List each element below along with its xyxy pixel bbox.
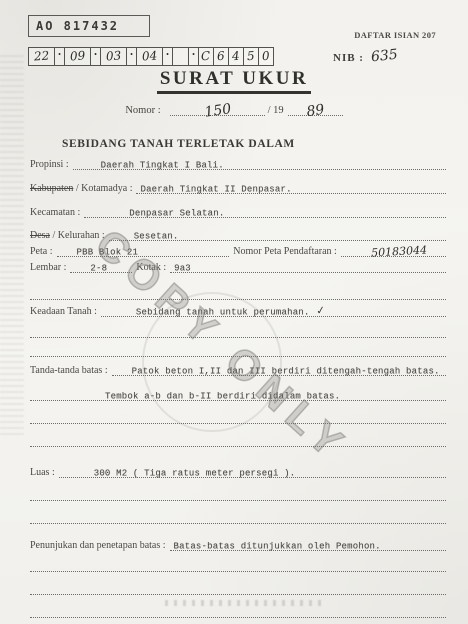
field-row-lembar: Lembar : 2-8 Kotak : 9a3 (30, 258, 446, 273)
serial-number: AO 817432 (36, 19, 119, 33)
field-row-desa: Desa / Kelurahan : Sesetan. (30, 226, 446, 241)
peta-value: PBB Blok 21 (77, 248, 139, 258)
serial-number-box: AO 817432 (28, 15, 150, 37)
code-cell: 04 (136, 47, 163, 66)
desa-value: Sesetan. (134, 232, 179, 242)
tanda-batas-value-2: Tembok a-b dan b-II berdiri didalam bata… (105, 392, 340, 402)
field-row-tanda-batas-2: Tembok a-b dan b-II berdiri didalam bata… (30, 386, 446, 401)
code-cell: C (198, 47, 214, 66)
kotamadya-label: / Kotamadya : (76, 183, 133, 194)
code-cell: 09 (64, 47, 91, 66)
tanda-batas-label: Tanda-tanda batas : (30, 365, 112, 376)
code-separator-dot: • (166, 50, 169, 59)
field-row-kecamatan: Kecamatan : Denpasar Selatan. (30, 203, 446, 218)
code-value: 09 (69, 48, 85, 63)
kotak-value: 9a3 (174, 264, 191, 274)
code-cell: 0 (258, 47, 274, 66)
pen-checkmark: ✓ (315, 303, 326, 317)
kabupaten-value: Daerah Tingkat II Denpasar. (140, 185, 291, 195)
blank-dotted-line (30, 603, 446, 618)
field-row-kabupaten: Kabupaten / Kotamadya : Daerah Tingkat I… (30, 179, 446, 194)
code-value: 6 (217, 48, 226, 62)
section-heading: SEBIDANG TANAH TERLETAK DALAM (62, 138, 446, 150)
blank-dotted-line (30, 342, 446, 357)
desa-dotted-line: Sesetan. (109, 230, 446, 241)
kelurahan-label: / Kelurahan : (53, 230, 105, 241)
code-separator-dot: • (192, 50, 195, 59)
field-row-propinsi: Propinsi : Daerah Tingkat I Bali. (30, 155, 446, 170)
title-wrap: SURAT UKUR (0, 68, 468, 94)
year-prefix-label: / 19 (268, 105, 284, 116)
kotak-label: Kotak : (132, 262, 170, 273)
keadaan-tanah-label: Keadaan Tanah : (30, 306, 101, 317)
code-cell: 5 (243, 47, 259, 66)
code-value: 5 (247, 48, 256, 62)
keadaan-value: Sebidang tanah untuk perumahan. (136, 308, 310, 318)
code-cell-empty (172, 47, 189, 66)
nib-label: NIB : (333, 52, 364, 64)
code-value: 22 (33, 48, 49, 63)
desa-label-struck: Desa (30, 230, 50, 241)
code-separator-dot: • (94, 50, 97, 59)
blank-dotted-line (30, 486, 446, 501)
year-value-handwritten: 89 (306, 102, 326, 120)
nomor-dotted-blank: 150 (170, 99, 265, 116)
nomor-peta-pendaftaran-label: Nomor Peta Pendaftaran : (229, 246, 341, 257)
propinsi-dotted-line: Daerah Tingkat I Bali. (73, 159, 446, 170)
code-separator-dot: • (130, 50, 133, 59)
blank-dotted-line (30, 285, 446, 300)
nib-value-handwritten: 635 (370, 47, 398, 66)
luas-label: Luas : (30, 467, 59, 478)
code-cell: 4 (228, 47, 244, 66)
field-row-penunjukan: Penunjukan dan penetapan batas : Batas-b… (30, 536, 446, 551)
code-cell: 03 (100, 47, 127, 66)
luas-value: 300 M2 ( Tiga ratus meter persegi ). (94, 469, 296, 479)
tanda-batas-value-1: Patok beton I,II dan III berdiri ditenga… (132, 367, 440, 377)
code-cell: 6 (213, 47, 229, 66)
kabupaten-label-struck: Kabupaten (30, 183, 73, 194)
code-value: 4 (232, 48, 241, 62)
luas-dotted-line: 300 M2 ( Tiga ratus meter persegi ). (59, 467, 446, 478)
code-separator-dot: • (58, 50, 61, 59)
nomor-label: Nomor : (125, 105, 164, 116)
field-row-peta: Peta : PBB Blok 21 Nomor Peta Pendaftara… (30, 242, 446, 257)
kabupaten-label: Kabupaten / Kotamadya : (30, 183, 136, 194)
blank-dotted-line (30, 580, 446, 595)
code-value: 04 (141, 48, 157, 63)
lembar-dotted-line: 2-8 (70, 262, 132, 273)
keadaan-dotted-line: Sebidang tanah untuk perumahan. ✓ (101, 303, 446, 317)
blank-dotted-line (30, 409, 446, 424)
year-dotted-blank: 89 (288, 99, 343, 116)
field-row-tanda-batas: Tanda-tanda batas : Patok beton I,II dan… (30, 361, 446, 376)
kecamatan-dotted-line: Denpasar Selatan. (84, 207, 446, 218)
code-cell: 22 (28, 47, 55, 66)
kecamatan-value: Denpasar Selatan. (129, 209, 224, 219)
blank-dotted-line (30, 509, 446, 524)
penunjukan-label: Penunjukan dan penetapan batas : (30, 540, 170, 551)
code-value: 0 (262, 48, 271, 62)
nib-field: NIB : 635 (333, 48, 398, 64)
penunjukan-value: Batas-batas ditunjukkan oleh Pemohon. (174, 542, 381, 552)
tanda-batas-dotted-line-2: Tembok a-b dan b-II berdiri didalam bata… (30, 390, 446, 401)
kabupaten-dotted-line: Daerah Tingkat II Denpasar. (136, 183, 446, 194)
nomor-line: Nomor : 150 / 19 89 (0, 99, 468, 116)
propinsi-value: Daerah Tingkat I Bali. (101, 161, 224, 171)
peta-label: Peta : (30, 246, 57, 257)
kotak-dotted-line: 9a3 (170, 262, 446, 273)
lembar-label: Lembar : (30, 262, 70, 273)
daftar-isian-label: DAFTAR ISIAN 207 (354, 30, 436, 40)
tanda-batas-dotted-line: Patok beton I,II dan III berdiri ditenga… (112, 365, 446, 376)
code-box-row: 22 • 09 • 03 • 04 • • C 6 4 5 0 (29, 47, 274, 66)
code-value: 03 (105, 48, 121, 63)
document-title: SURAT UKUR (157, 68, 311, 94)
blank-dotted-line (30, 432, 446, 447)
blank-dotted-line (30, 557, 446, 572)
penunjukan-dotted-line: Batas-batas ditunjukkan oleh Pemohon. (170, 540, 446, 551)
form-body: SEBIDANG TANAH TERLETAK DALAM Propinsi :… (30, 138, 446, 618)
nomor-peta-dotted-line: 50183044 (341, 243, 446, 257)
field-row-keadaan: Keadaan Tanah : Sebidang tanah untuk per… (30, 302, 446, 317)
blank-dotted-line (30, 323, 446, 338)
propinsi-label: Propinsi : (30, 159, 73, 170)
desa-label: Desa / Kelurahan : (30, 230, 109, 241)
code-value: C (201, 48, 211, 63)
peta-dotted-line: PBB Blok 21 (57, 246, 230, 257)
kecamatan-label: Kecamatan : (30, 207, 84, 218)
lembar-value: 2-8 (90, 264, 107, 274)
field-row-luas: Luas : 300 M2 ( Tiga ratus meter persegi… (30, 463, 446, 478)
